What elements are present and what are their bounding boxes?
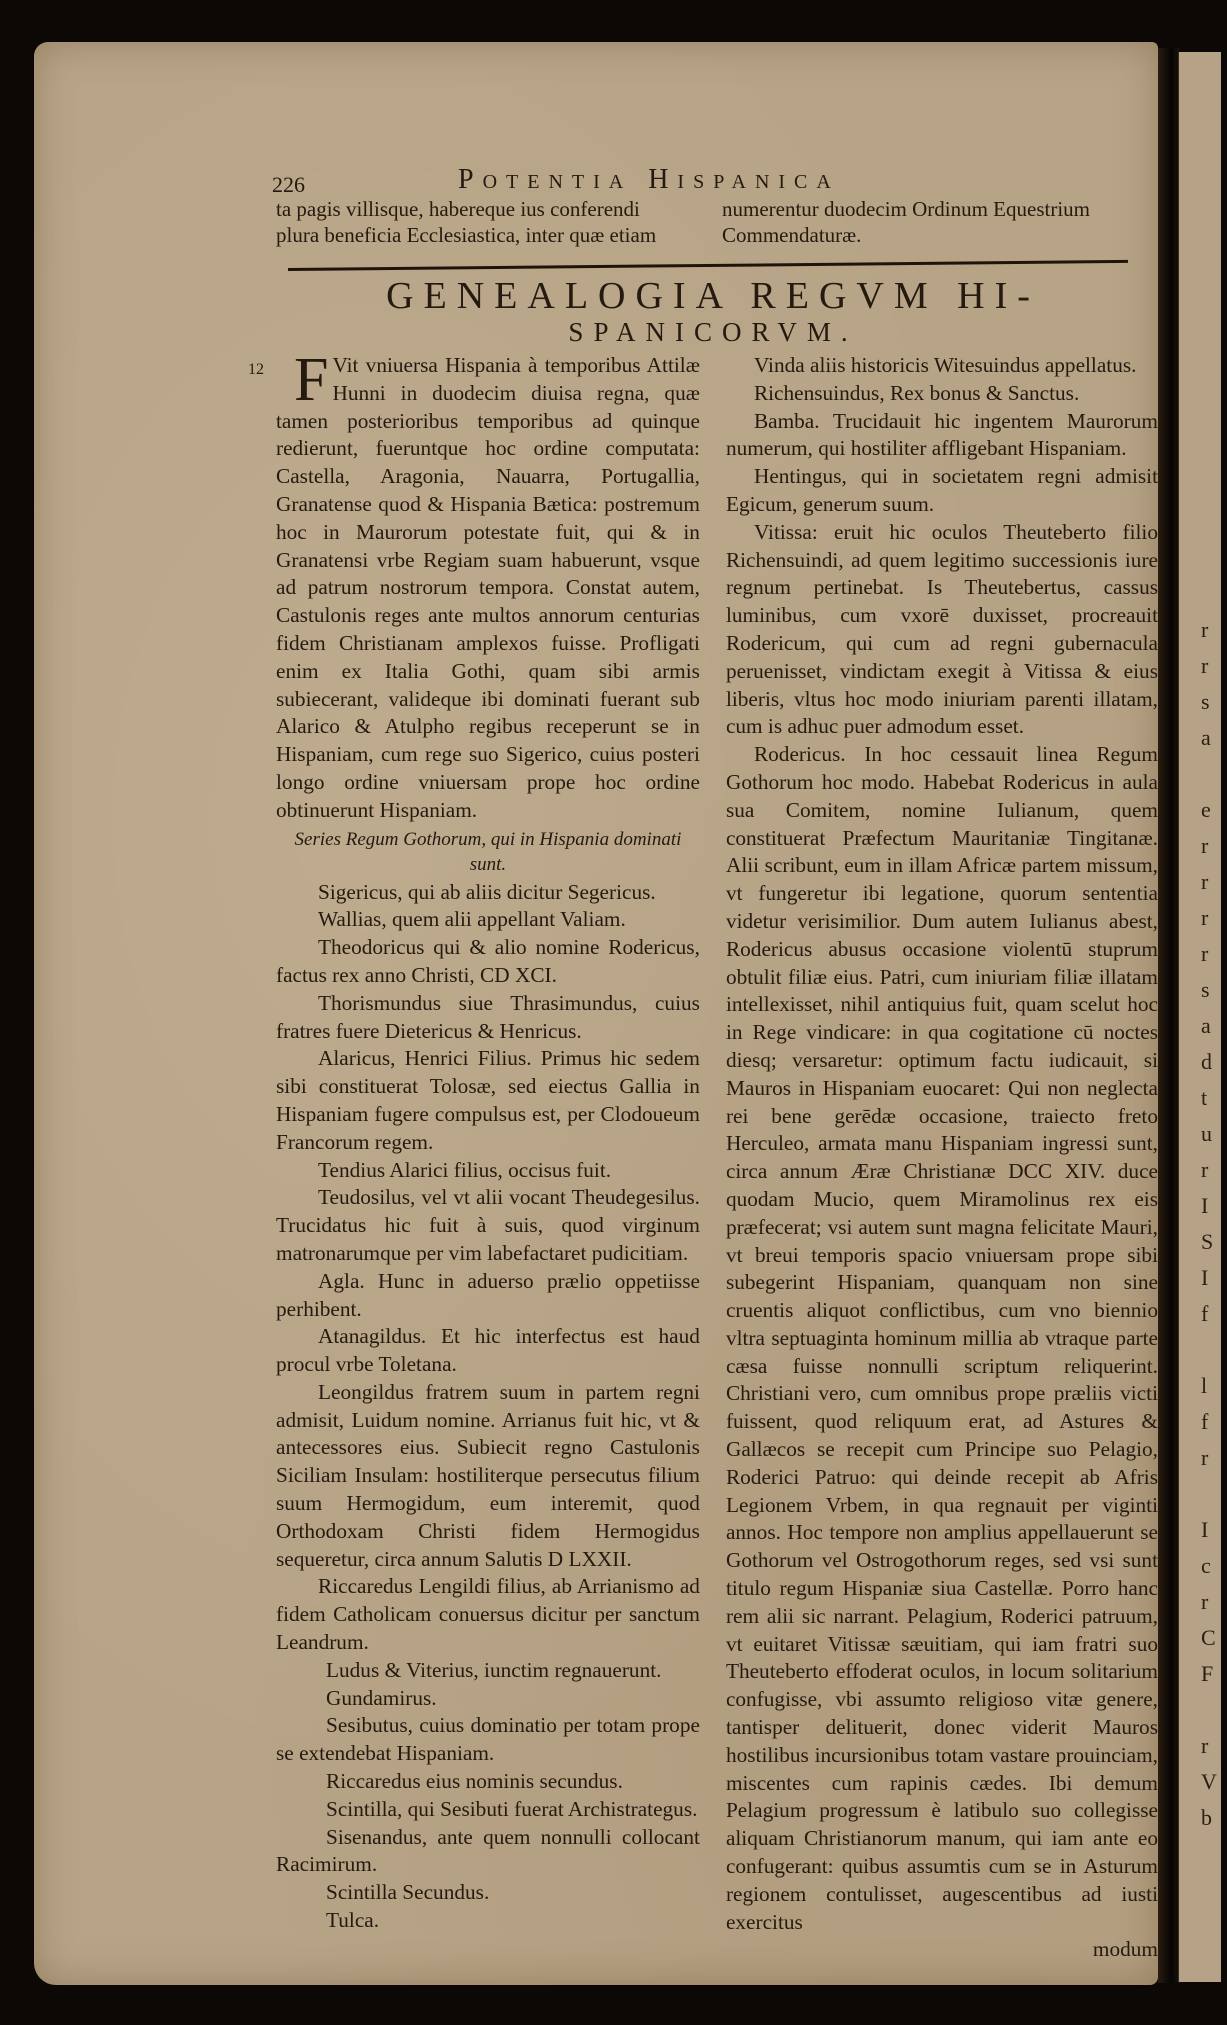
king-entry: Tendius Alarici filius, occisus fuit. — [276, 1157, 700, 1185]
continued-text-left: ta pagis villisque, habereque ius confer… — [276, 196, 696, 248]
king-entry: Riccaredus Lengildi filius, ab Arrianism… — [276, 1573, 700, 1656]
king-entry: Riccaredus eius nominis secundus. — [276, 1768, 700, 1796]
king-entry: Bamba. Trucidauit hic ingentem Maurorum … — [726, 408, 1158, 464]
king-entry: Gundamirus. — [276, 1685, 700, 1713]
king-entry: Wallias, quem alii appellant Valiam. — [276, 906, 700, 934]
king-entry: Richensuindus, Rex bonus & Sanctus. — [726, 380, 1158, 408]
series-heading: Series Regum Gothorum, qui in Hispania d… — [276, 827, 700, 877]
king-entry: Thorismundus siue Thrasimundus, cuius fr… — [276, 990, 700, 1046]
text-line: Commendaturæ. — [722, 222, 1142, 248]
continued-text: ta pagis villisque, habereque ius confer… — [276, 196, 1158, 248]
king-entry: Scintilla Secundus. — [276, 1879, 700, 1907]
text-line: numerentur duodecim Ordinum Equestrium — [722, 196, 1142, 222]
catchword: modum — [726, 1936, 1158, 1964]
text-line: plura beneficia Ecclesiastica, inter quæ… — [276, 222, 696, 248]
king-entry: Atanagildus. Et hic interfectus est haud… — [276, 1323, 700, 1379]
margin-number: 12 — [248, 356, 264, 384]
king-entry: Alaricus, Henrici Filius. Primus hic sed… — [276, 1045, 700, 1156]
king-entry: Sigericus, qui ab aliis dicitur Segericu… — [276, 879, 700, 907]
king-entry: Vinda aliis historicis Witesuindus appel… — [726, 352, 1158, 380]
king-entry: Vitissa: eruit hic oculos Theuteberto fi… — [726, 519, 1158, 741]
continued-text-right: numerentur duodecim Ordinum Equestrium C… — [722, 196, 1142, 248]
king-entry: Tulca. — [276, 1907, 700, 1935]
right-column: Vinda aliis historicis Witesuindus appel… — [726, 352, 1158, 1964]
king-entry: Sesibutus, cuius dominatio per totam pro… — [276, 1712, 700, 1768]
king-entry: Theodoricus qui & alio nomine Rodericus,… — [276, 934, 700, 990]
drop-cap: F — [294, 354, 328, 406]
two-column-body: 12 FVit vniuersa Hispania à temporibus A… — [258, 352, 1158, 1964]
king-entry: Teudosilus, vel vt alii vocant Theudeges… — [276, 1184, 700, 1267]
king-entry: Ludus & Viterius, iunctim regnauerunt. — [276, 1657, 700, 1685]
facing-page-letters: r r s a e r r r r s a d t u r I S I f l … — [1201, 612, 1219, 1836]
intro-text: Vit vniuersa Hispania à temporibus Attil… — [276, 353, 700, 822]
king-entry: Scintilla, qui Sesibuti fuerat Archistra… — [276, 1796, 700, 1824]
section-title-continued: SPANICORVM. — [268, 317, 1158, 348]
section-title: GENEALOGIA REGVM HI- — [268, 277, 1158, 315]
page-number: 226 — [272, 172, 305, 198]
king-entry: Agla. Hunc in aduerso prælio oppetiisse … — [276, 1268, 700, 1324]
running-title: Potentia Hispanica — [458, 164, 840, 196]
king-entry: Hentingus, qui in societatem regni admis… — [726, 463, 1158, 519]
horizontal-rule — [288, 260, 1128, 271]
left-column: 12 FVit vniuersa Hispania à temporibus A… — [258, 352, 700, 1964]
intro-paragraph: FVit vniuersa Hispania à temporibus Atti… — [276, 352, 700, 825]
king-entry: Rodericus. In hoc cessauit linea Regum G… — [726, 741, 1158, 1936]
king-entry: Leongildus fratrem suum in partem regni … — [276, 1379, 700, 1574]
page-content: 226 Potentia Hispanica ta pagis villisqu… — [258, 160, 1158, 1964]
book-gutter-shadow — [1158, 48, 1180, 1983]
text-line: ta pagis villisque, habereque ius confer… — [276, 196, 696, 222]
king-entry: Sisenandus, ante quem nonnulli collocant… — [276, 1824, 700, 1880]
running-head: 226 Potentia Hispanica — [258, 160, 1158, 192]
facing-page-edge: r r s a e r r r r s a d t u r I S I f l … — [1178, 52, 1221, 1982]
